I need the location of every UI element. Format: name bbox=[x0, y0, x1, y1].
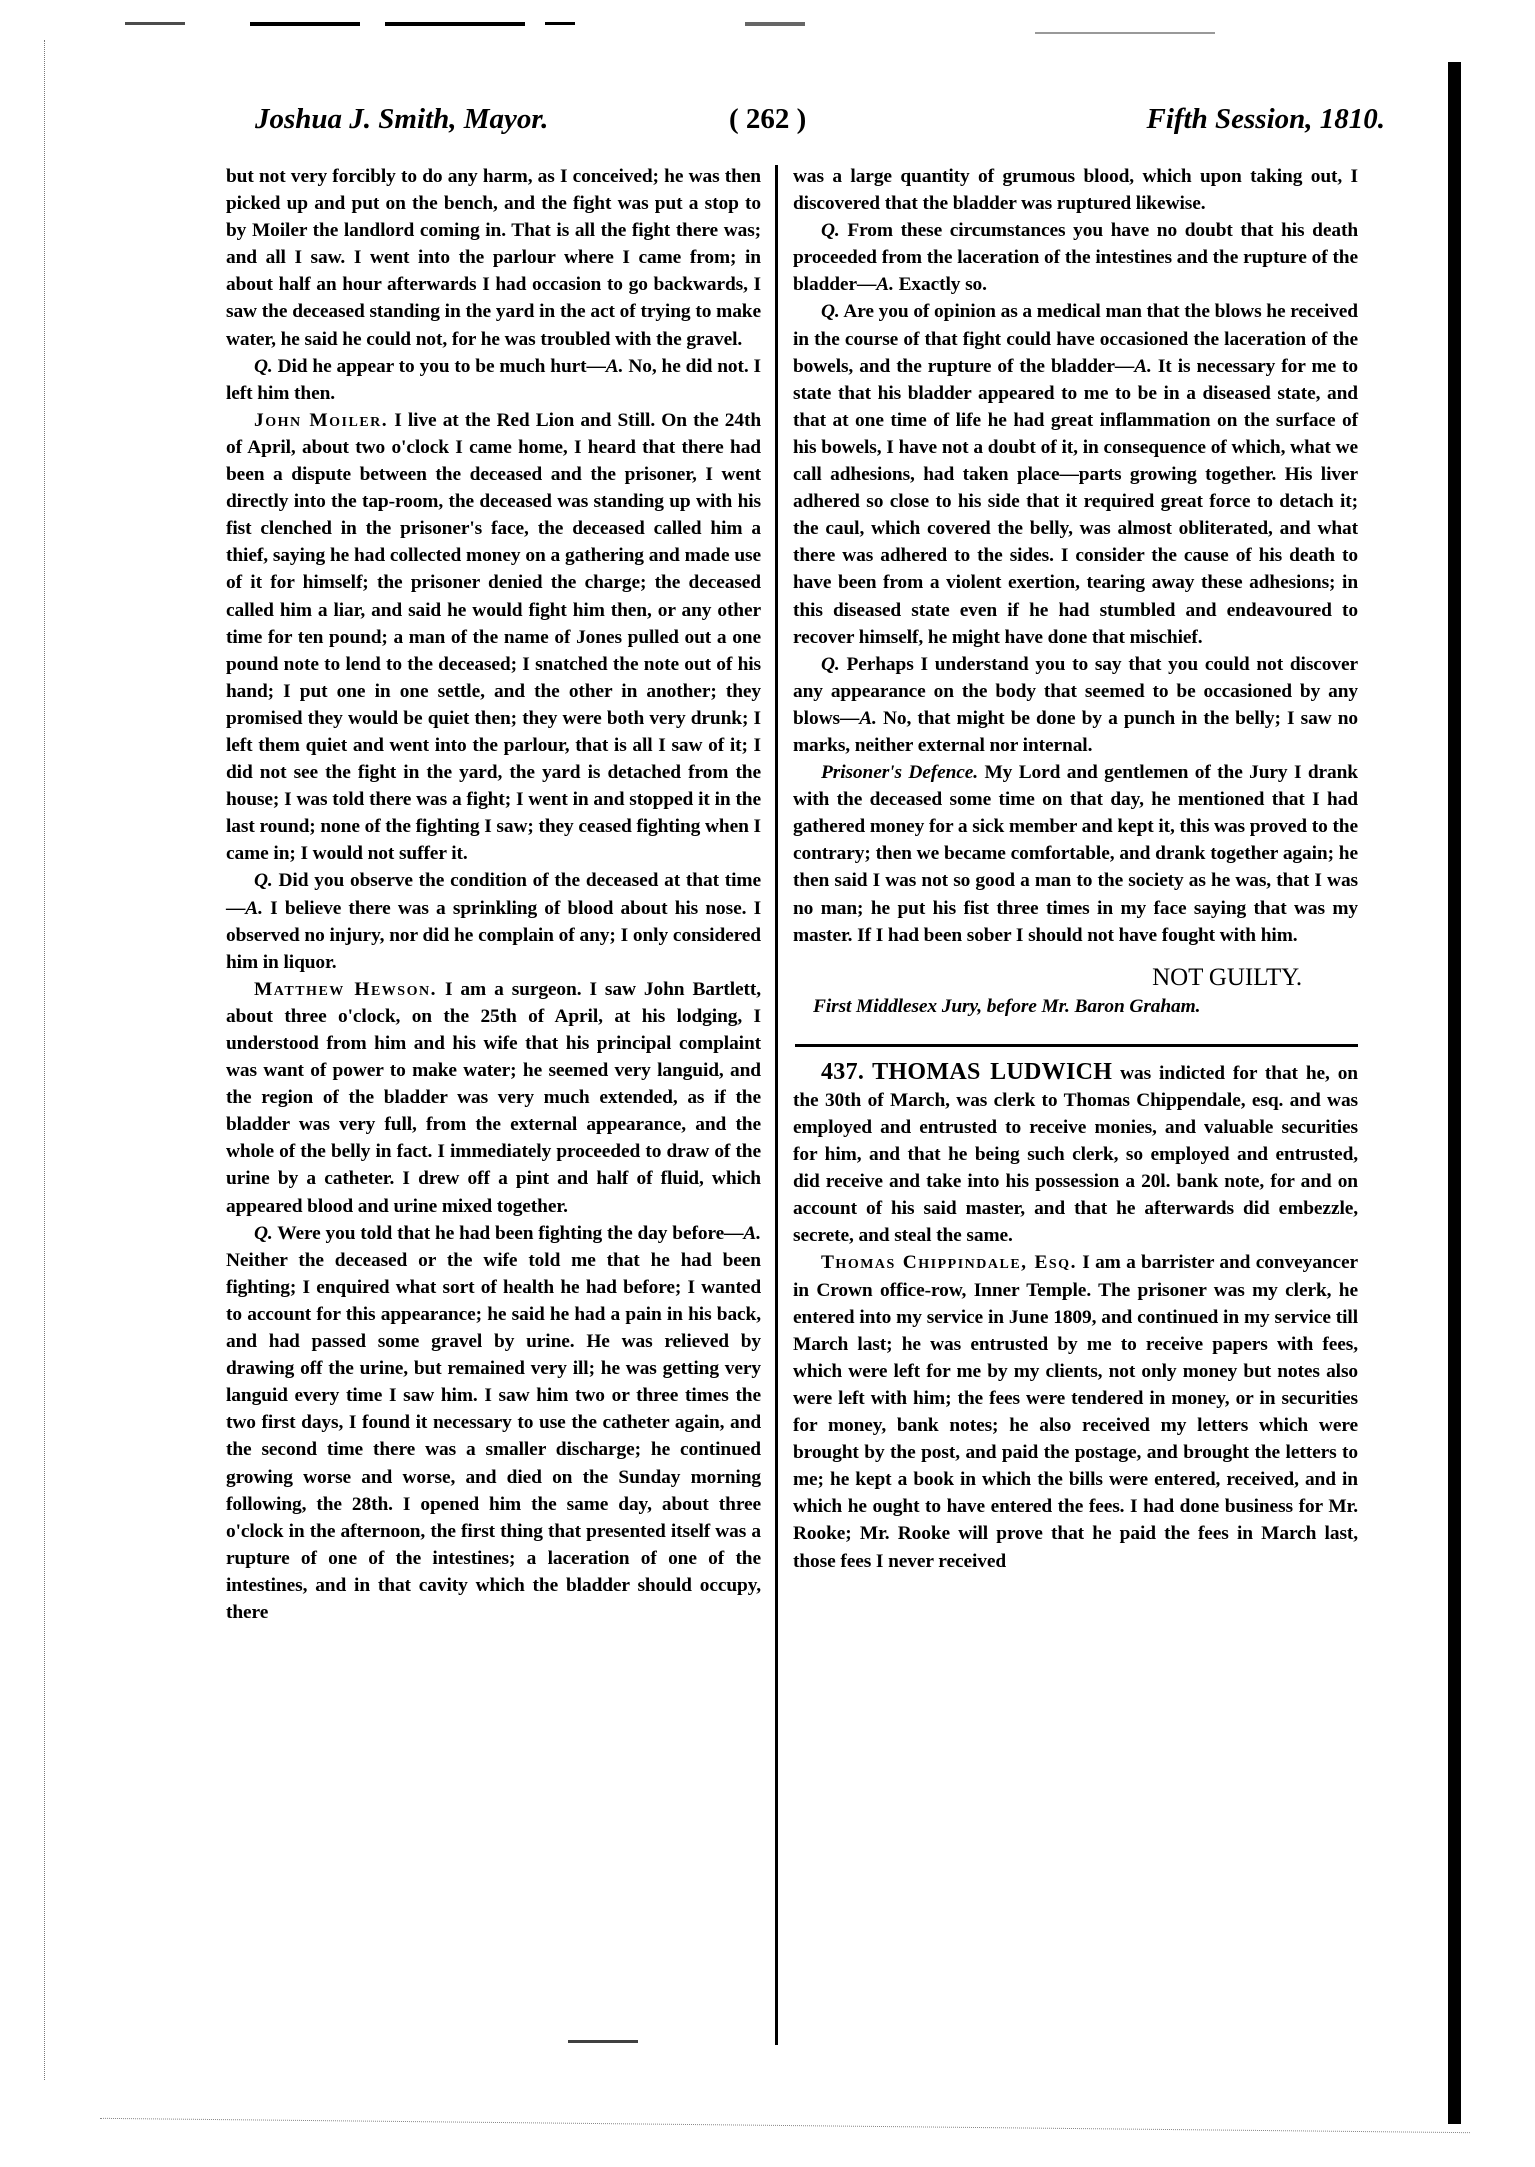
question-label: Q. bbox=[254, 356, 273, 377]
paragraph-continuation: but not very forcibly to do any harm, as… bbox=[226, 163, 761, 353]
page-edge-bottom bbox=[100, 2118, 1470, 2134]
answer-text: Neither the deceased or the wife told me… bbox=[226, 1250, 761, 1623]
section-divider bbox=[795, 1044, 1358, 1047]
footer-mark bbox=[568, 2040, 638, 2047]
binding-shadow bbox=[1448, 62, 1461, 2124]
page-number: ( 262 ) bbox=[729, 103, 806, 136]
question-label: Q. bbox=[821, 654, 840, 675]
running-head-right: Fifth Session, 1810. bbox=[1147, 103, 1386, 136]
case-number: 437. bbox=[821, 1059, 864, 1085]
running-head: Joshua J. Smith, Mayor. ( 262 ) Fifth Se… bbox=[255, 103, 1385, 143]
verdict: NOT GUILTY. bbox=[793, 963, 1358, 993]
answer-label: A. bbox=[876, 274, 894, 295]
testimony-text: I am a barrister and conveyancer in Crow… bbox=[793, 1252, 1358, 1571]
testimony-paragraph: John Moiler. I live at the Red Lion and … bbox=[226, 407, 761, 868]
right-column: was a large quantity of grumous blood, w… bbox=[793, 163, 1358, 1575]
scan-artifact bbox=[250, 22, 360, 26]
qa-paragraph: Q. Did you observe the condition of the … bbox=[226, 867, 761, 975]
testimony-paragraph: Matthew Hewson. I am a surgeon. I saw Jo… bbox=[226, 976, 761, 1220]
witness-name: John Moiler. bbox=[254, 410, 388, 431]
defence-text: My Lord and gentlemen of the Jury I dran… bbox=[793, 762, 1358, 946]
paragraph-continuation: was a large quantity of grumous blood, w… bbox=[793, 163, 1358, 217]
answer-label: A. bbox=[859, 708, 877, 729]
question-label: Q. bbox=[254, 870, 273, 891]
witness-name: Matthew Hewson. bbox=[254, 979, 437, 1000]
testimony-text: I live at the Red Lion and Still. On the… bbox=[226, 410, 761, 865]
qa-paragraph: Q. Did he appear to you to be much hurt—… bbox=[226, 353, 761, 407]
scan-artifact bbox=[125, 22, 185, 25]
jury-line: First Middlesex Jury, before Mr. Baron G… bbox=[793, 993, 1358, 1020]
answer-label: A. bbox=[743, 1223, 761, 1244]
scan-artifact bbox=[1035, 32, 1215, 34]
qa-paragraph: Q. Were you told that he had been fighti… bbox=[226, 1220, 761, 1626]
answer-text: I believe there was a sprinkling of bloo… bbox=[226, 898, 761, 973]
question-label: Q. bbox=[821, 301, 840, 322]
qa-paragraph: Q. From these circumstances you have no … bbox=[793, 217, 1358, 298]
indictment-paragraph: 437. THOMAS LUDWICH was indicted for tha… bbox=[793, 1059, 1358, 1250]
defendant-name: THOMAS LUDWICH bbox=[872, 1059, 1112, 1085]
page-edge-left bbox=[44, 40, 46, 2080]
question-text: Were you told that he had been fighting … bbox=[277, 1223, 743, 1244]
answer-text: Exactly so. bbox=[899, 274, 987, 295]
witness-name: Thomas Chippindale, Esq. bbox=[821, 1252, 1077, 1273]
scan-artifact bbox=[545, 22, 575, 25]
question-label: Q. bbox=[254, 1223, 273, 1244]
column-divider bbox=[775, 165, 778, 2045]
qa-paragraph: Q. Perhaps I understand you to say that … bbox=[793, 651, 1358, 759]
scan-artifact bbox=[385, 22, 525, 26]
running-head-left: Joshua J. Smith, Mayor. bbox=[255, 103, 548, 136]
answer-label: A. bbox=[1134, 356, 1152, 377]
question-label: Q. bbox=[821, 220, 840, 241]
answer-label: A. bbox=[245, 898, 263, 919]
indictment-text: was indicted for that he, on the 30th of… bbox=[793, 1063, 1358, 1247]
question-text: Did he appear to you to be much hurt— bbox=[278, 356, 606, 377]
scan-artifact bbox=[745, 22, 805, 26]
scanned-page: Joshua J. Smith, Mayor. ( 262 ) Fifth Se… bbox=[0, 0, 1535, 2167]
left-column: but not very forcibly to do any harm, as… bbox=[226, 163, 761, 1626]
testimony-paragraph: Thomas Chippindale, Esq. I am a barriste… bbox=[793, 1249, 1358, 1574]
defence-paragraph: Prisoner's Defence. My Lord and gentleme… bbox=[793, 759, 1358, 949]
testimony-text: I am a surgeon. I saw John Bartlett, abo… bbox=[226, 979, 761, 1217]
answer-text: No, that might be done by a punch in the… bbox=[793, 708, 1358, 756]
answer-label: A. bbox=[606, 356, 624, 377]
answer-text: It is necessary for me to state that his… bbox=[793, 356, 1358, 648]
qa-paragraph: Q. Are you of opinion as a medical man t… bbox=[793, 298, 1358, 650]
defence-label: Prisoner's Defence. bbox=[821, 762, 978, 783]
